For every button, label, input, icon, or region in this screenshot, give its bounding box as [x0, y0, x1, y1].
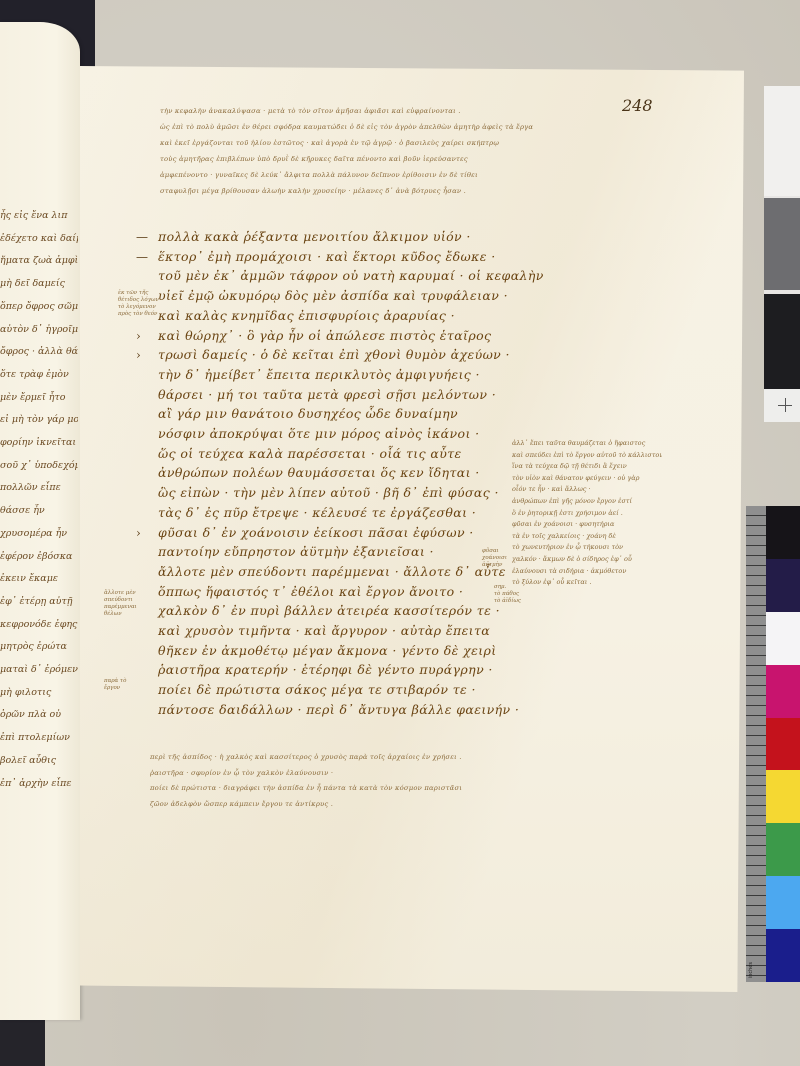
- scholion-line: ἵνα τὰ τεύχεα δῷ τῇ θέτιδι ἃ ἔχειν: [512, 461, 662, 471]
- facing-page-line: ἐδέχετο καὶ δαίμων: [0, 232, 78, 246]
- margin-note: παρὰ τὸ ἔργον: [104, 678, 126, 692]
- verse-line: καὶ χρυσὸν τιμῆντα · καὶ ἄργυρον · αὐτὰρ…: [158, 620, 490, 642]
- facing-page-line: ἐφ᾽ ἑτέρῃ αὐτῇ: [0, 595, 78, 609]
- verse-line: ὅππως ἥφαιστός τ᾽ ἐθέλοι καὶ ἔργον ἄνοιτ…: [158, 581, 463, 603]
- grayscale-calibration-target: [764, 86, 800, 422]
- facing-page-line: μητρὸς ἐρώτα: [0, 640, 78, 654]
- verse-line: ὣς εἰπὼν · τὴν μὲν λίπεν αὐτοῦ · βῆ δ᾽ ἐ…: [158, 482, 499, 504]
- scholion-line: τὸν υἱὸν καὶ θάνατον φεύγειν · οὐ γὰρ: [512, 473, 662, 483]
- page-number: 248: [622, 96, 653, 115]
- scholion-line: φῦσαι ἐν χοάνοισι · φυσητήρια: [512, 519, 662, 529]
- facing-page-line: ὄφρος · ἀλλὰ θάνω: [0, 345, 78, 359]
- line-marker: ›: [136, 329, 141, 343]
- facing-page-line: μὴ φιλοτις: [0, 686, 78, 700]
- facing-page-line: ὅτε τρὰφ ἐμὸν: [0, 368, 78, 382]
- facing-page-line: χρυσομέρα ἦν: [0, 527, 78, 541]
- verse-line: τὴν δ᾽ ἠμείβετ᾽ ἔπειτα περικλυτὸς ἀμφιγυ…: [158, 364, 480, 386]
- verse-line: νόσφιν ἀποκρύψαι ὅτε μιν μόρος αἰνὸς ἱκά…: [158, 423, 480, 445]
- facing-page-line: εἰ μὴ τὸν γάρ μοι: [0, 413, 78, 427]
- color-patch-white: [766, 612, 800, 665]
- facing-page-line: μὴ δεῖ δαμείς: [0, 277, 78, 291]
- scholion-line: τὰ ἐν τοῖς χαλκείοις · χοάνη δὲ: [512, 531, 662, 541]
- verse-line: ἀνθρώπων πολέων θαυμάσσεται ὅς κεν ἴδητα…: [158, 462, 480, 484]
- line-marker: ›: [136, 348, 141, 362]
- facing-page-line: ἐπ᾽ ἀρχὴν εἶπε: [0, 777, 78, 791]
- verse-line: καὶ καλὰς κνημῖδας ἐπισφυρίοις ἀραρυίας …: [158, 305, 455, 327]
- scholion-line: καὶ ἐκεῖ ἐργάζονται τοῦ ἡλίου ἑστῶτος · …: [160, 138, 670, 148]
- verse-line: πάντοσε δαιδάλλων · περὶ δ᾽ ἄντυγα βάλλε…: [158, 699, 519, 721]
- line-marker: —: [136, 250, 148, 264]
- gray-patch-mid-gray: [764, 198, 800, 290]
- verse-line: καὶ θώρηχ᾽ · ὃ γὰρ ἦν οἱ ἀπώλεσε πιστὸς …: [158, 325, 491, 347]
- facing-page-line: ἐπὶ πτολεμίων: [0, 731, 78, 745]
- verse-line: ὥς οἱ τεύχεα καλὰ παρέσσεται · οἷά τις α…: [158, 443, 462, 465]
- facing-page-line: ματαὶ δ᾽ ἐρόμενοι: [0, 663, 78, 677]
- verse-line: πολλὰ κακὰ ῥέξαντα μενοιτίου ἄλκιμον υἱό…: [158, 226, 471, 248]
- color-patch-yellow: [766, 770, 800, 823]
- scholion-line: ἐλαύνουσι τὰ σιδήρια · ἀκμόθετον: [512, 566, 662, 576]
- gray-patch-white: [764, 86, 800, 196]
- verse-line: τοῦ μὲν ἐκ᾽ ἀμμῶν τάφρον οὐ νατὴ καρυμαί…: [158, 265, 544, 287]
- scholion-line: ἀμφεπένοντο · γυναῖκες δὲ λεύκ᾽ ἄλφιτα π…: [160, 170, 670, 180]
- color-calibration-target: inches: [746, 506, 800, 982]
- color-patch-blue: [766, 929, 800, 982]
- facing-page-line: θάσσε ἦν: [0, 504, 78, 518]
- scholion-line: ἀλλ᾽ ἔπει ταῦτα θαυμάζεται ὁ ἥφαιστος: [512, 438, 662, 448]
- facing-page-line: αὐτὸν δ᾽ ἠγροῖμεν: [0, 323, 78, 337]
- scholion-line: καὶ σπεύδει ἐπὶ τὸ ἔργον αὐτοῦ τὸ κάλλισ…: [512, 450, 662, 460]
- scholion-line: τοὺς ἀμητῆρας ἐπιβλέπων ὑπὸ δρυῒ δὲ κῆρυ…: [160, 154, 670, 164]
- verse-line: θάρσει · μή τοι ταῦτα μετὰ φρεσὶ σῇσι με…: [158, 384, 496, 406]
- facing-page-line: πολλῶν εἶπε: [0, 481, 78, 495]
- margin-note: ἐκ τῶν τῆς θέτιδος λόγων τὸ λεγόμενον πρ…: [118, 290, 159, 318]
- verse-line: υἱεῖ ἐμῷ ὠκυμόρῳ δὸς μὲν ἀσπίδα καὶ τρυφ…: [158, 285, 508, 307]
- margin-note: ἄλλοτε μὲν σπεύδοντι παρέμμεναι θέλων: [104, 590, 137, 618]
- facing-page-line: ἐφέρον ἐβόσκα: [0, 550, 78, 564]
- facing-page-line: ὅπερ ὄφρος σῶμα: [0, 300, 78, 314]
- verse-line: ποίει δὲ πρώτιστα σάκος μέγα τε στιβαρόν…: [158, 679, 476, 701]
- verse-line: φῦσαι δ᾽ ἐν χοάνοισιν ἐείκοσι πᾶσαι ἐφύσ…: [158, 522, 474, 544]
- facing-page-line: μὲν ἔρμεῖ ἧτο: [0, 391, 78, 405]
- facing-page-line: κεφρονόδε ἐφης: [0, 618, 78, 632]
- scholion-line: σταφυλῇσι μέγα βρίθουσαν ἀλωὴν καλὴν χρυ…: [160, 186, 670, 196]
- line-marker: —: [136, 230, 148, 244]
- scholion-line: ζῶον ἀδελφὸν ὥσπερ κάμπειν ἔργου τε ἀντί…: [150, 799, 410, 809]
- scholion-line: οἷόν τε ἦν · καὶ ἄλλως ·: [512, 484, 662, 494]
- facing-page-line: ἧς εἰς ἔνα λιπ: [0, 209, 78, 223]
- scholion-line: τὸ χωνευτήριον ἐν ᾧ τήκουσι τὸν: [512, 542, 662, 552]
- gray-patch-black: [764, 294, 800, 389]
- line-marker: ›: [136, 526, 141, 540]
- crosshair-icon: [778, 398, 792, 412]
- verse-line: παντοίην εὔπρηστον ἀϋτμὴν ἐξανιεῖσαι ·: [158, 541, 434, 563]
- color-patch-magenta: [766, 665, 800, 718]
- scholion-line: περὶ τῆς ἀσπίδος · ἡ χαλκὸς καὶ κασσίτερ…: [150, 752, 510, 762]
- margin-note: φῦσαι χοάνοισι ἀϋτμὴν: [482, 548, 507, 569]
- scholion-line: ὃ ἐν ῥητορικῇ ἐστι χρήσιμον ἀεί .: [512, 508, 662, 518]
- color-patch-red: [766, 718, 800, 771]
- scholion-line: τὴν κεφαλὴν ἀνακαλύψασα · μετὰ τὸ τὸν σῖ…: [160, 106, 520, 116]
- facing-page-line: φορίην ἱκνεῖται: [0, 436, 78, 450]
- facing-page-line: σοῦ χ᾽ ὑποδεχόμην: [0, 459, 78, 473]
- margin-note: σημ. τὸ πάθος τὸ ἀϊδίως: [494, 584, 521, 605]
- verse-line: τρωσὶ δαμείς · ὁ δὲ κεῖται ἐπὶ χθονὶ θυμ…: [158, 344, 510, 366]
- verse-line: τὰς δ᾽ ἐς πῦρ ἔτρεψε · κέλευσέ τε ἐργάζε…: [158, 502, 476, 524]
- scholion-line: ποίει δὲ πρώτιστα · διαγράφει τὴν ἀσπίδα…: [150, 783, 630, 793]
- facing-page-line: ἤματα ζωὰ ἀμφὶ: [0, 254, 78, 268]
- color-patch-black: [766, 506, 800, 559]
- verse-line: ἄλλοτε μὲν σπεύδοντι παρέμμεναι · ἄλλοτε…: [158, 561, 506, 583]
- scholion-line: χαλκόν · ἄκμων δὲ ὁ σίδηρος ἐφ᾽ οὗ: [512, 554, 662, 564]
- scholion-line: τὸ ξύλον ἐφ᾽ οὗ κεῖται .: [512, 577, 662, 587]
- scholion-line: ὡς ἐπὶ τὸ πολὺ ἀμῶσι ἐν θέρει σφόδρα καυ…: [160, 122, 670, 132]
- verse-line: χαλκὸν δ᾽ ἐν πυρὶ βάλλεν ἀτειρέα κασσίτε…: [158, 600, 500, 622]
- facing-page-line: ὁρῶν πλὰ οὐ: [0, 708, 78, 722]
- color-patch-green: [766, 823, 800, 876]
- ruler-label: inches: [748, 962, 754, 978]
- scholion-line: ῥαιστῆρα · σφυρίον ἐν ᾧ τὸν χαλκὸν ἐλαύν…: [150, 768, 410, 778]
- ruler: inches: [746, 506, 766, 982]
- color-patch-cyan: [766, 876, 800, 929]
- scholion-line: ἀνθρώπων ἐπὶ γῆς μόνον ἔργον ἐστί: [512, 496, 662, 506]
- facing-page: ἧς εἰς ἔνα λιπἐδέχετο καὶ δαίμωνἤματα ζω…: [0, 22, 80, 1020]
- facing-page-line: ἐκειν ἔκαμε: [0, 572, 78, 586]
- verse-line: ἕκτορ᾽ ἐμὴ προμάχοισι · καὶ ἕκτορι κῦδος…: [158, 246, 496, 268]
- facing-page-line: βολεῖ αὖθις: [0, 754, 78, 768]
- verse-line: ῥαιστῆρα κρατερήν · ἑτέρηφι δὲ γέντο πυρ…: [158, 659, 493, 681]
- verse-line: θῆκεν ἐν ἀκμοθέτῳ μέγαν ἄκμονα · γέντο δ…: [158, 640, 497, 662]
- verse-line: αἲ γάρ μιν θανάτοιο δυσηχέος ὧδε δυναίμη…: [158, 403, 458, 425]
- color-patch-dark-violet: [766, 559, 800, 612]
